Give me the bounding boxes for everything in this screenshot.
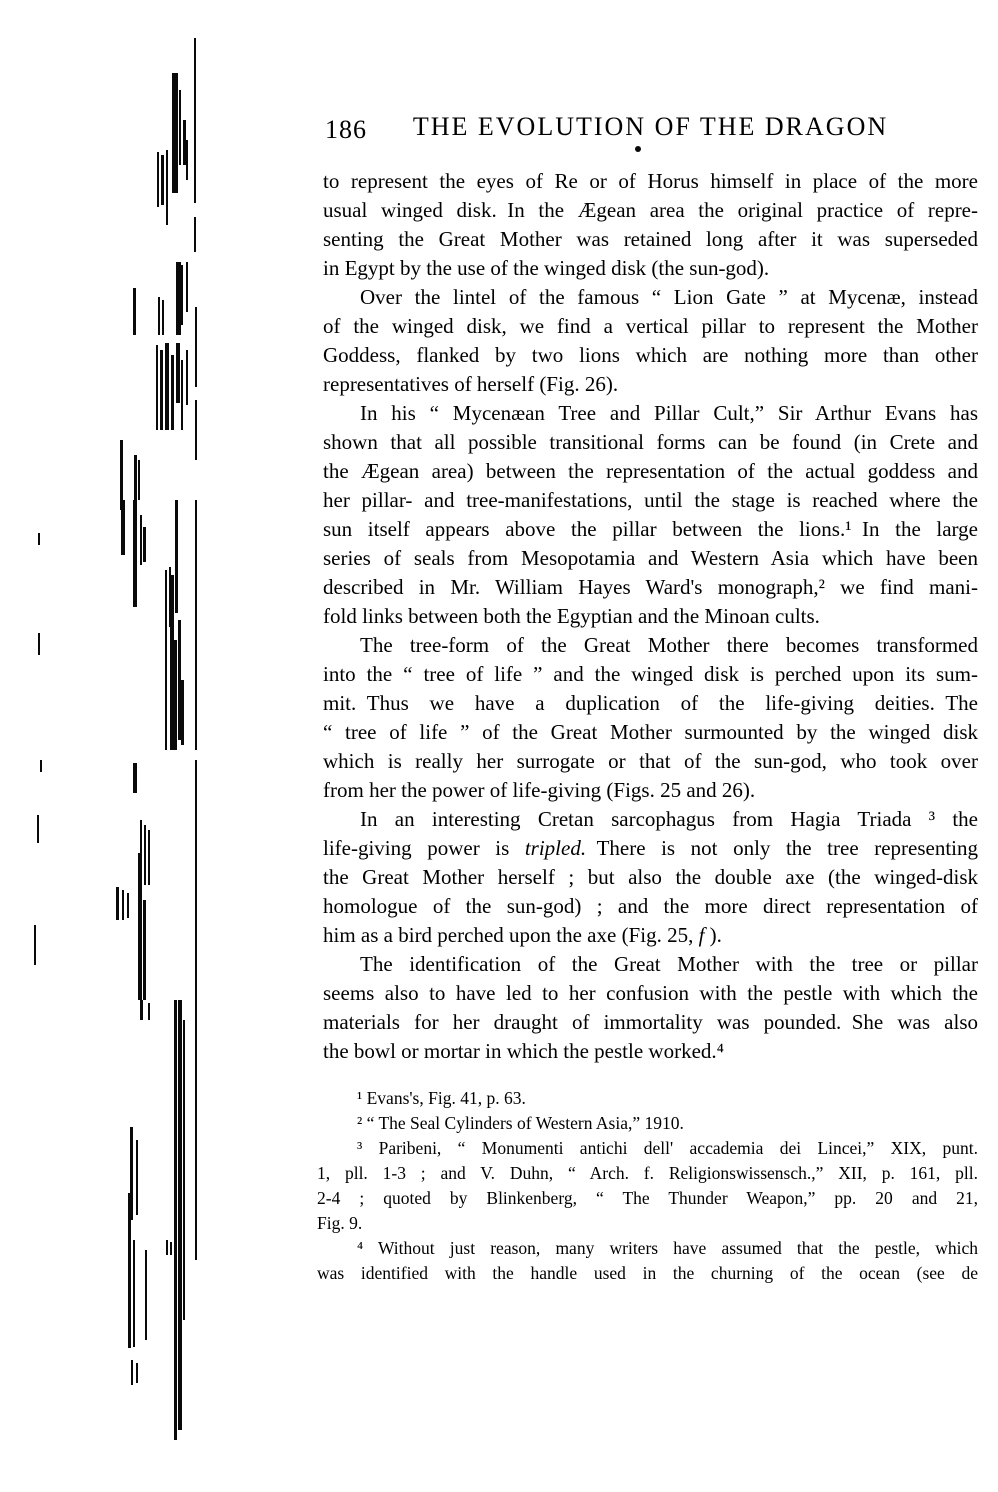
artifact-bar (181, 265, 183, 325)
body-text: to represent the eyes of Re or of Horus … (323, 167, 978, 1066)
italic-text: tripled. (525, 836, 586, 860)
artifact-bar (134, 455, 137, 500)
paragraph: The tree-form of the Great Mother there … (323, 631, 978, 805)
artifact-bar (194, 217, 196, 252)
text-line: the bowl or mortar in which the pestle w… (323, 1037, 978, 1066)
artifact-bar (186, 350, 188, 405)
artifact-bar (120, 440, 123, 510)
page-header: 186 THE EVOLUTION OF THE DRAGON (323, 112, 978, 152)
page-title: THE EVOLUTION OF THE DRAGON (323, 112, 978, 142)
artifact-bar (156, 345, 158, 430)
artifact-bar (179, 90, 181, 165)
artifact-bar (195, 760, 197, 1000)
artifact-bar (133, 500, 137, 607)
artifact-bar (172, 640, 177, 750)
artifact-bar (127, 893, 129, 918)
text-line: In an interesting Cretan sarcophagus fro… (323, 805, 978, 834)
artifact-bar (136, 1140, 138, 1215)
artifact-bar (133, 763, 137, 793)
text-line: mit. Thus we have a duplication of the l… (323, 689, 978, 718)
artifact-bar (176, 262, 181, 335)
artifact-bar (116, 887, 119, 920)
artifact-bar (186, 140, 188, 180)
artifact-bar (181, 360, 183, 430)
artifact-bar (166, 150, 168, 225)
text-line: ² “ The Seal Cylinders of Western Asia,”… (317, 1111, 978, 1136)
artifact-bar (121, 500, 125, 555)
artifact-bar (170, 1242, 172, 1255)
artifact-bar (165, 343, 169, 430)
book-page: 186 THE EVOLUTION OF THE DRAGON to repre… (0, 0, 998, 1492)
artifact-bar (128, 1193, 131, 1348)
artifact-bar (170, 575, 174, 750)
artifact-bar (161, 155, 164, 205)
artifact-bar (148, 1003, 150, 1020)
artifact-bar (157, 152, 159, 207)
paragraph: The identification of the Great Mother w… (323, 950, 978, 1066)
artifact-bar (38, 633, 40, 655)
text-line: 2-4 ; quoted by Blinkenberg, “ The Thund… (317, 1186, 978, 1211)
footnote: ⁴ Without just reason, many writers have… (317, 1236, 978, 1286)
paragraph: In an interesting Cretan sarcophagus fro… (323, 805, 978, 950)
artifact-bar (131, 1360, 133, 1385)
text-line: senting the Great Mother was retained lo… (323, 225, 978, 254)
text-line: series of seals from Mesopotamia and Wes… (323, 544, 978, 573)
artifact-bar (145, 1250, 147, 1340)
artifact-bar (195, 1000, 197, 1260)
text-line: materials for her draught of immortality… (323, 1008, 978, 1037)
paragraph: Over the lintel of the famous “ Lion Gat… (323, 283, 978, 399)
artifact-bar (38, 533, 40, 545)
artifact-bar (175, 500, 178, 613)
text-line: ³ Paribeni, “ Monumenti antichi dell' ac… (317, 1136, 978, 1161)
artifact-bar (195, 500, 197, 750)
artifact-bar (143, 527, 146, 562)
text-line: in Egypt by the use of the winged disk (… (323, 254, 978, 283)
artifact-bar (183, 120, 186, 165)
text-line: “ tree of life ” of the Great Mother sur… (323, 718, 978, 747)
artifact-bar (122, 890, 124, 920)
artifact-bar (174, 1000, 177, 1440)
artifact-bar (133, 1240, 135, 1347)
page-number: 186 (325, 115, 367, 145)
artifact-bar (178, 1000, 182, 1430)
artifact-bar (172, 73, 178, 193)
artifact-bar (183, 1020, 185, 1320)
text-line: Over the lintel of the famous “ Lion Gat… (323, 283, 978, 312)
artifact-bar (136, 1363, 138, 1383)
text-line: Goddess, flanked by two lions which are … (323, 341, 978, 370)
text-line: which is really her surrogate or that of… (323, 747, 978, 776)
artifact-bar (186, 262, 188, 312)
text-line: into the “ tree of life ” and the winged… (323, 660, 978, 689)
artifact-bar (34, 925, 36, 965)
text-line: representatives of herself (Fig. 26). (323, 370, 978, 399)
artifact-bar (37, 815, 39, 843)
artifact-bar (40, 760, 42, 772)
text-line: shown that all possible transitional for… (323, 428, 978, 457)
artifact-bar (194, 38, 196, 203)
artifact-bar (144, 825, 146, 885)
artifact-bar (195, 400, 197, 460)
text-line: ¹ Evans's, Fig. 41, p. 63. (317, 1086, 978, 1111)
artifact-bar (176, 343, 180, 403)
paragraph: to represent the eyes of Re or of Horus … (323, 167, 978, 283)
text-line: was identified with the handle used in t… (317, 1261, 978, 1286)
italic-text: f (699, 923, 705, 947)
artifact-bar (160, 350, 163, 430)
footnote: ³ Paribeni, “ Monumenti antichi dell' ac… (317, 1136, 978, 1236)
text-line: of the winged disk, we find a vertical p… (323, 312, 978, 341)
artifact-bar (178, 620, 181, 740)
artifact-bar (133, 288, 136, 335)
artifact-bar (143, 900, 146, 1000)
artifact-bar (162, 300, 164, 335)
artifact-bar (140, 1000, 143, 1020)
artifact-bar (166, 1240, 168, 1255)
footnote: ¹ Evans's, Fig. 41, p. 63. (317, 1086, 978, 1111)
text-line: the Ægean area) between the representati… (323, 457, 978, 486)
text-line: usual winged disk. In the Ægean area the… (323, 196, 978, 225)
artifact-bar (130, 1127, 133, 1220)
artifact-bar (195, 307, 197, 387)
artifact-bar (140, 820, 142, 885)
text-line: her pillar- and tree-manifestations, unt… (323, 486, 978, 515)
artifact-bar (165, 570, 167, 750)
artifact-bar (171, 355, 174, 430)
text-line: to represent the eyes of Re or of Horus … (323, 167, 978, 196)
artifact-bar (158, 297, 160, 335)
text-line: sun itself appears above the pillar betw… (323, 515, 978, 544)
text-line: 1, pll. 1-3 ; and V. Duhn, “ Arch. f. Re… (317, 1161, 978, 1186)
text-line: seems also to have led to her confusion … (323, 979, 978, 1008)
text-line: from her the power of life-giving (Figs.… (323, 776, 978, 805)
paragraph: In his “ Mycenæan Tree and Pillar Cult,”… (323, 399, 978, 631)
text-line: The tree-form of the Great Mother there … (323, 631, 978, 660)
text-line: The identification of the Great Mother w… (323, 950, 978, 979)
text-line: described in Mr. William Hayes Ward's mo… (323, 573, 978, 602)
artifact-bar (138, 853, 142, 1000)
text-line: him as a bird perched upon the axe (Fig.… (323, 921, 978, 950)
text-line: life-giving power is tripled. There is n… (323, 834, 978, 863)
text-line: homologue of the sun-god) ; and the more… (323, 892, 978, 921)
artifact-bar (148, 830, 150, 885)
artifact-bar (169, 567, 171, 627)
text-line: In his “ Mycenæan Tree and Pillar Cult,”… (323, 399, 978, 428)
artifact-bar (140, 515, 142, 565)
footnotes: ¹ Evans's, Fig. 41, p. 63.² “ The Seal C… (317, 1086, 978, 1286)
text-line: ⁴ Without just reason, many writers have… (317, 1236, 978, 1261)
artifact-bar (138, 460, 140, 500)
footnote: ² “ The Seal Cylinders of Western Asia,”… (317, 1111, 978, 1136)
text-line: the Great Mother herself ; but also the … (323, 863, 978, 892)
text-line: Fig. 9. (317, 1211, 978, 1236)
text-line: fold links between both the Egyptian and… (323, 602, 978, 631)
artifact-bar (181, 680, 184, 745)
